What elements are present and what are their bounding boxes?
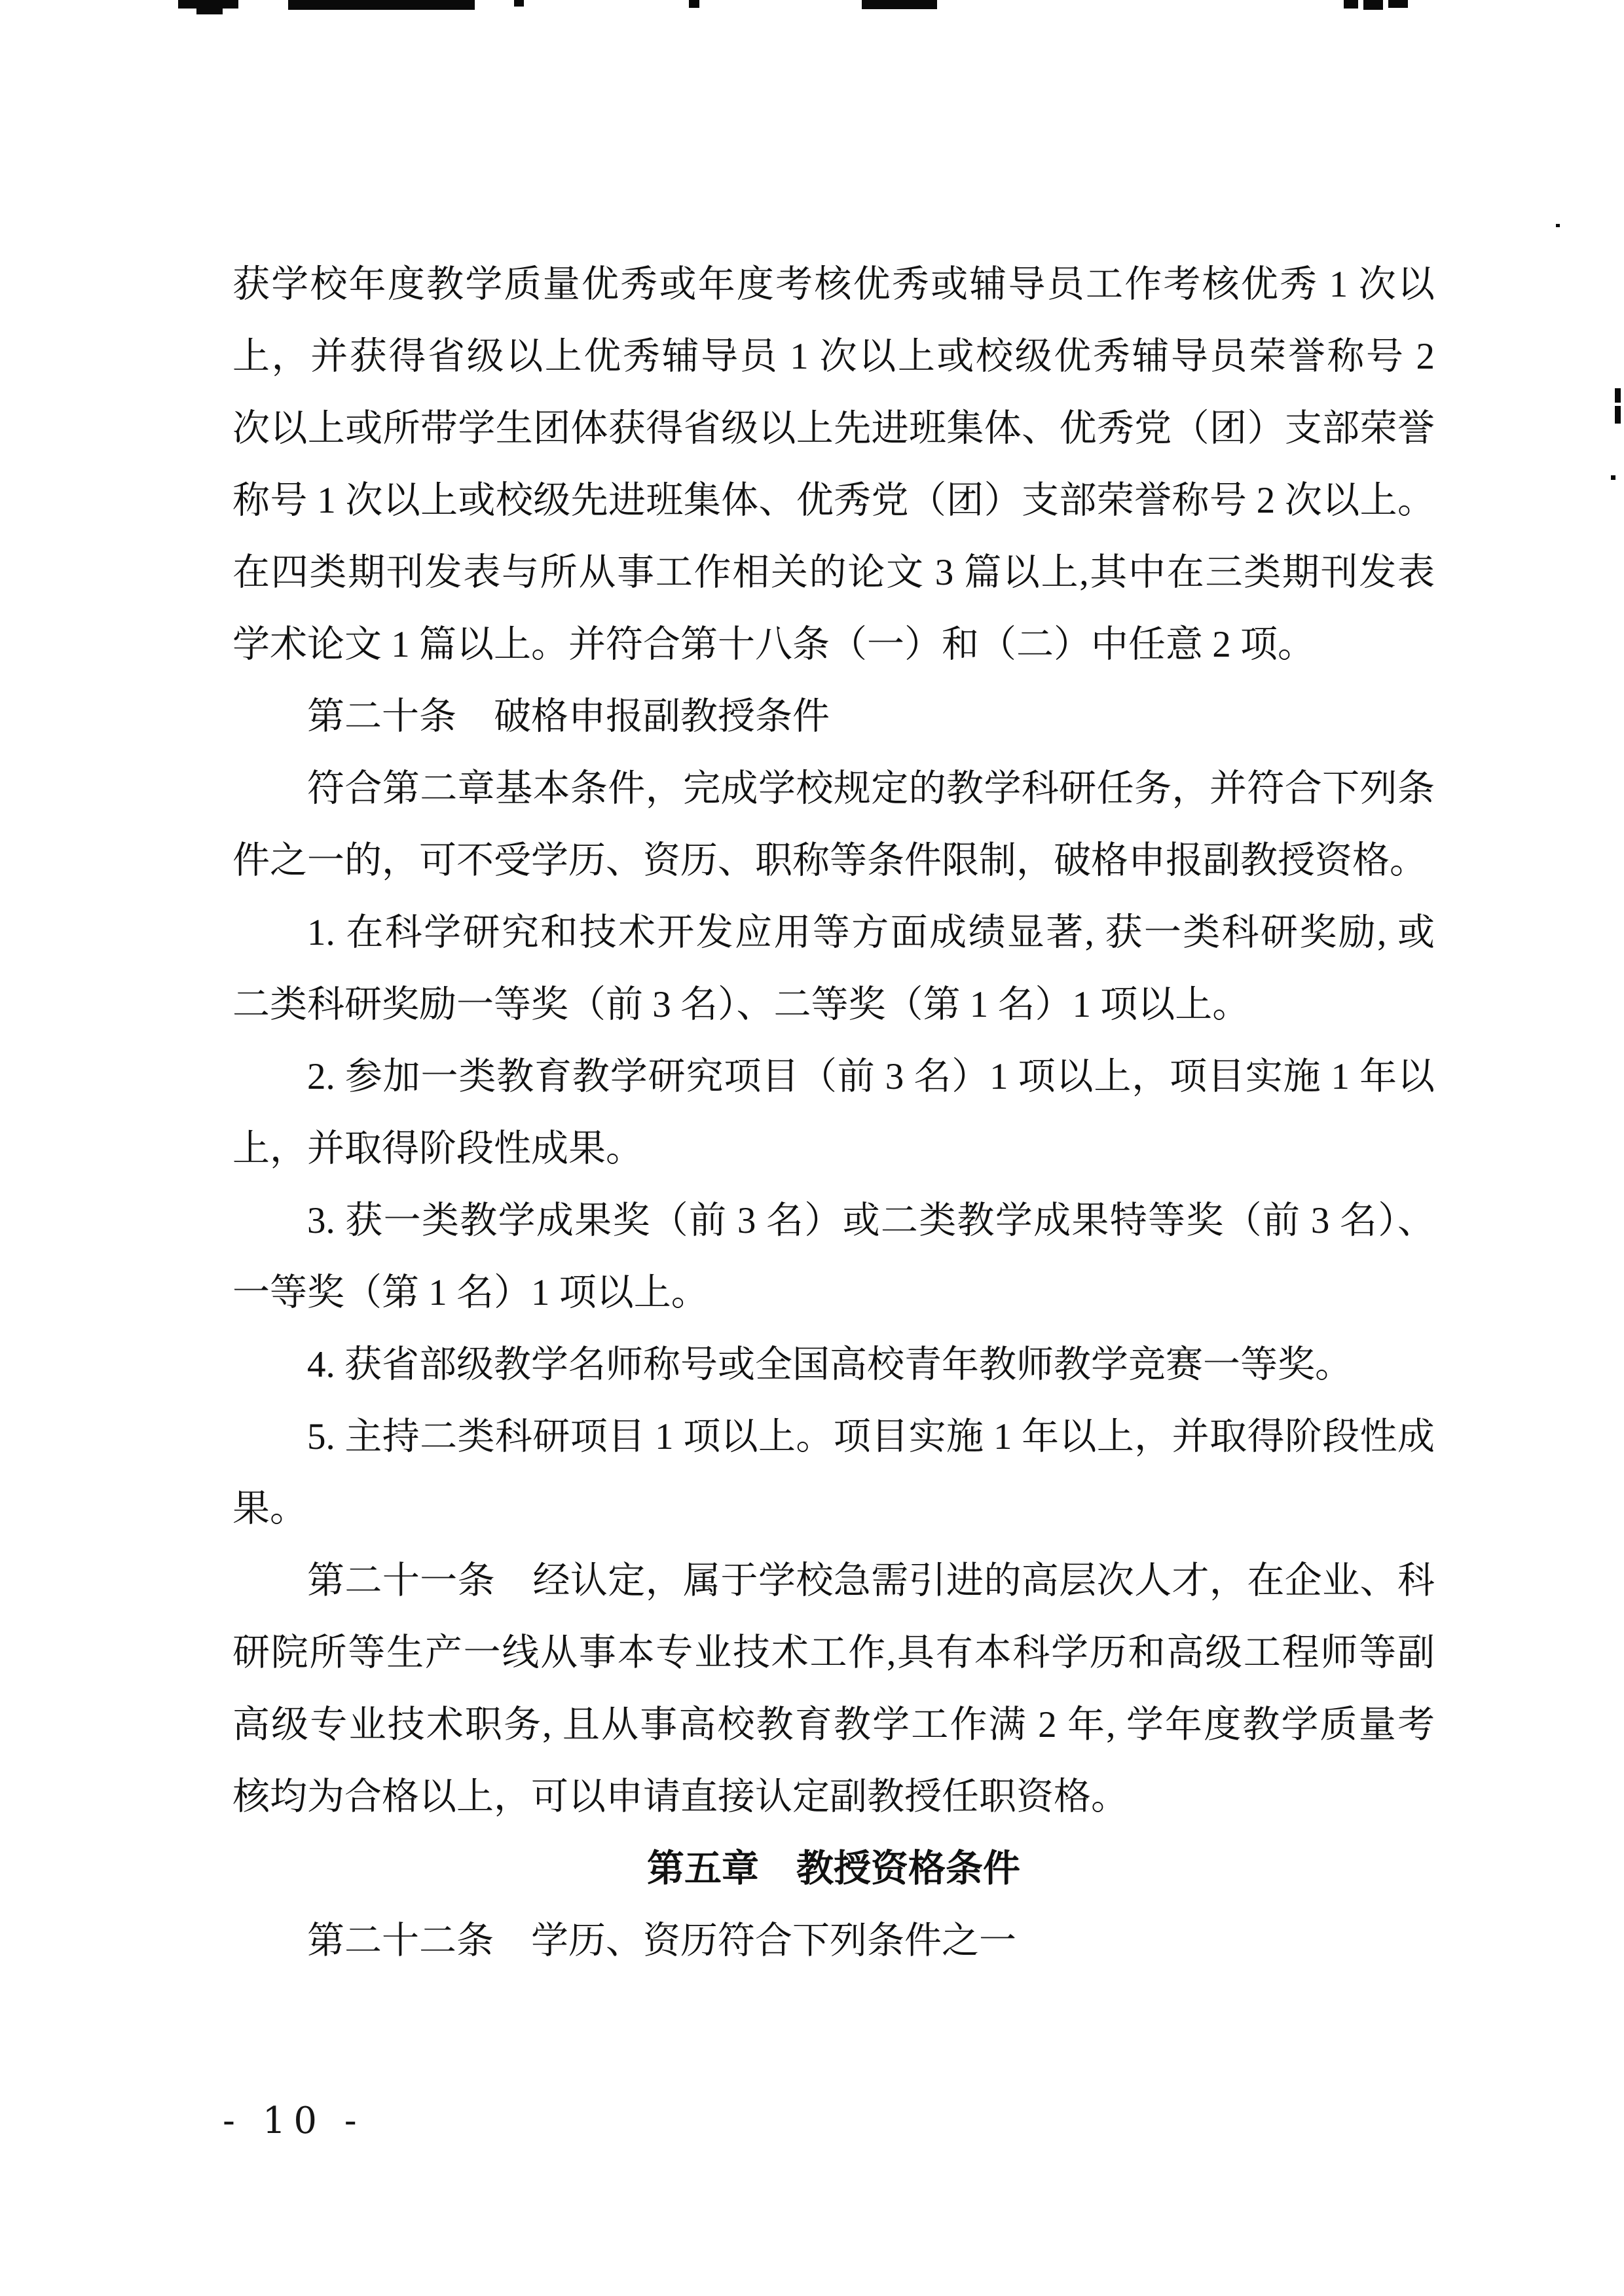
scan-artifact xyxy=(689,0,699,8)
body-text-line: 次以上或所带学生团体获得省级以上先进班集体、优秀党（团）支部荣誉 xyxy=(232,393,1435,465)
body-text-line: 在四类期刊发表与所从事工作相关的论文 3 篇以上,其中在三类期刊发表 xyxy=(232,537,1435,609)
scan-artifact xyxy=(1388,0,1408,8)
list-item-3-line: 3. 获一类教学成果奖（前 3 名）或二类教学成果特等奖（前 3 名）、 xyxy=(232,1185,1435,1257)
body-text-line: 果。 xyxy=(232,1473,1435,1545)
article-20-heading: 第二十条 破格申报副教授条件 xyxy=(232,681,1435,753)
body-text-line: 一等奖（第 1 名）1 项以上。 xyxy=(232,1257,1435,1329)
body-text-line: 研院所等生产一线从事本专业技术工作,具有本科学历和高级工程师等副 xyxy=(232,1617,1435,1689)
scanned-document-page: 获学校年度教学质量优秀或年度考核优秀或辅导员工作考核优秀 1 次以 上，并获得省… xyxy=(0,0,1624,2296)
scan-artifact xyxy=(862,0,937,9)
body-text-line: 核均为合格以上，可以申请直接认定副教授任职资格。 xyxy=(232,1761,1435,1833)
body-text-line: 高级专业技术职务, 且从事高校教育教学工作满 2 年, 学年度教学质量考 xyxy=(232,1689,1435,1761)
scan-artifact xyxy=(196,9,223,14)
body-text-line: 称号 1 次以上或校级先进班集体、优秀党（团）支部荣誉称号 2 次以上。 xyxy=(232,465,1435,537)
list-item-2-line: 2. 参加一类教育教学研究项目（前 3 名）1 项以上，项目实施 1 年以 xyxy=(232,1041,1435,1113)
body-text-line: 二类科研奖励一等奖（前 3 名）、二等奖（第 1 名）1 项以上。 xyxy=(232,969,1435,1041)
body-text-line: 上，并获得省级以上优秀辅导员 1 次以上或校级优秀辅导员荣誉称号 2 xyxy=(232,321,1435,393)
scan-artifact xyxy=(178,0,238,9)
body-text-line: 学术论文 1 篇以上。并符合第十八条（一）和（二）中任意 2 项。 xyxy=(232,609,1435,681)
scan-artifact xyxy=(1611,475,1615,480)
scan-artifact xyxy=(1344,0,1358,9)
article-22-heading: 第二十二条 学历、资历符合下列条件之一 xyxy=(232,1905,1435,1977)
scan-artifact xyxy=(514,0,524,7)
body-text-line: 件之一的，可不受学历、资历、职称等条件限制，破格申报副教授资格。 xyxy=(232,825,1435,897)
scan-artifact xyxy=(1556,224,1560,227)
body-text-line: 符合第二章基本条件，完成学校规定的教学科研任务，并符合下列条 xyxy=(232,753,1435,825)
page-number: - 10 - xyxy=(223,2085,365,2157)
scan-artifact xyxy=(1363,0,1383,10)
list-item-5-line: 5. 主持二类科研项目 1 项以上。项目实施 1 年以上，并取得阶段性成 xyxy=(232,1401,1435,1473)
chapter-5-heading: 第五章 教授资格条件 xyxy=(232,1833,1435,1905)
scan-artifact xyxy=(1615,388,1621,403)
body-text-line: 获学校年度教学质量优秀或年度考核优秀或辅导员工作考核优秀 1 次以 xyxy=(232,249,1435,321)
scan-artifact xyxy=(288,0,475,10)
list-item-4-line: 4. 获省部级教学名师称号或全国高校青年教师教学竞赛一等奖。 xyxy=(232,1329,1435,1401)
scan-artifact xyxy=(1615,406,1621,424)
article-21-heading: 第二十一条 经认定，属于学校急需引进的高层次人才，在企业、科 xyxy=(232,1545,1435,1617)
list-item-1-line: 1. 在科学研究和技术开发应用等方面成绩显著, 获一类科研奖励, 或 xyxy=(232,897,1435,969)
body-text-line: 上，并取得阶段性成果。 xyxy=(232,1113,1435,1185)
